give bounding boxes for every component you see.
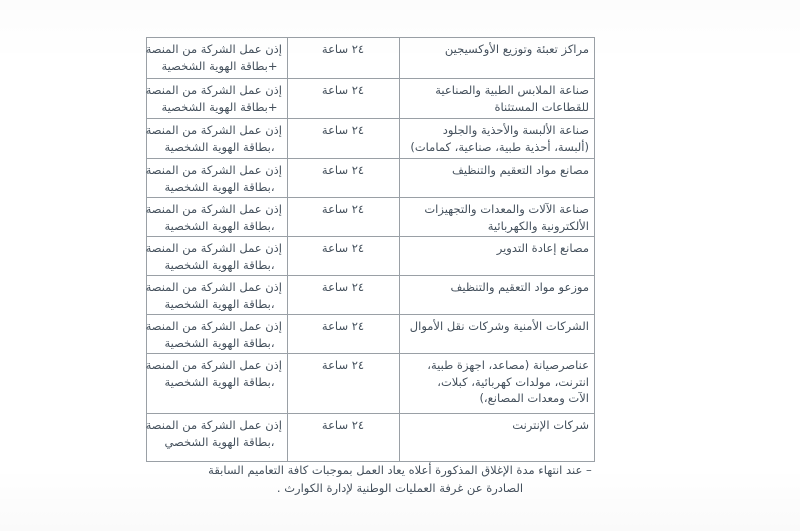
footnote: – عند انتهاء مدة الإغلاق المذكورة أعلاه … [180, 461, 620, 497]
permit-cell: إذن عمل الشركة من المنصة،بطاقة الهوية ال… [147, 159, 288, 198]
table-row: موزعو مواد التعقيم والتنظيف٢٤ ساعةإذن عم… [147, 276, 595, 315]
permit-line: إذن عمل الشركة من المنصة [151, 417, 282, 434]
footnote-line-1: – عند انتهاء مدة الإغلاق المذكورة أعلاه … [180, 461, 620, 479]
permit-line: إذن عمل الشركة من المنصة [151, 162, 282, 179]
table-row: صناعة الملابس الطبية والصناعيةللقطاعات ا… [147, 79, 595, 119]
permit-line: ،بطاقة الهوية الشخصية [151, 296, 282, 313]
permit-cell: إذن عمل الشركة من المنصة+بطاقة الهوية ال… [147, 38, 288, 79]
permit-line: إذن عمل الشركة من المنصة [151, 240, 282, 257]
hours-cell: ٢٤ ساعة [288, 315, 400, 354]
activity-line: شركات الإنترنت [404, 417, 589, 434]
permit-line: إذن عمل الشركة من المنصة [151, 82, 282, 99]
permit-line: ،بطاقة الهوية الشخصية [151, 335, 282, 352]
closure-table-body: مراكز تعبئة وتوزيع الأوكسيجين٢٤ ساعةإذن … [147, 38, 595, 462]
permit-line: ،بطاقة الهوية الشخصية [151, 218, 282, 235]
table-row: صناعة الآلات والمعدات والتجهيزاتالألكترو… [147, 198, 595, 237]
hours-cell: ٢٤ ساعة [288, 79, 400, 119]
hours-cell: ٢٤ ساعة [288, 159, 400, 198]
hours-cell: ٢٤ ساعة [288, 414, 400, 462]
permit-line: ،بطاقة الهوية الشخصي [151, 434, 282, 451]
activity-line: مصانع إعادة التدوير [404, 240, 589, 257]
hours-cell: ٢٤ ساعة [288, 198, 400, 237]
activity-cell: صناعة الألبسة والأحذية والجلود(ألبسة، أح… [400, 119, 595, 159]
permit-line: إذن عمل الشركة من المنصة [151, 357, 282, 374]
permit-line: إذن عمل الشركة من المنصة [151, 279, 282, 296]
activity-line: الشركات الأمنية وشركات نقل الأموال [404, 318, 589, 335]
permit-line: إذن عمل الشركة من المنصة [151, 41, 282, 58]
footnote-line-2: الصادرة عن غرفة العمليات الوطنية لإدارة … [180, 479, 620, 497]
activity-line: الألكترونية والكهربائية [404, 218, 589, 235]
permit-line: +بطاقة الهوية الشخصية [151, 99, 282, 116]
activity-line: مصانع مواد التعقيم والتنظيف [404, 162, 589, 179]
activity-line: الآت ومعدات المصانع،) [404, 390, 589, 407]
scanned-document-page: مراكز تعبئة وتوزيع الأوكسيجين٢٤ ساعةإذن … [0, 0, 800, 531]
table-row: الشركات الأمنية وشركات نقل الأموال٢٤ ساع… [147, 315, 595, 354]
hours-cell: ٢٤ ساعة [288, 38, 400, 79]
table-row: عناصرصيانة (مصاعد، اجهزة طبية،انترنت، مو… [147, 354, 595, 414]
table-row: مصانع إعادة التدوير٢٤ ساعةإذن عمل الشركة… [147, 237, 595, 276]
activity-line: صناعة الألبسة والأحذية والجلود [404, 122, 589, 139]
activity-cell: عناصرصيانة (مصاعد، اجهزة طبية،انترنت، مو… [400, 354, 595, 414]
activity-line: مراكز تعبئة وتوزيع الأوكسيجين [404, 41, 589, 58]
hours-cell: ٢٤ ساعة [288, 119, 400, 159]
hours-cell: ٢٤ ساعة [288, 354, 400, 414]
activity-cell: صناعة الملابس الطبية والصناعيةللقطاعات ا… [400, 79, 595, 119]
activity-cell: مراكز تعبئة وتوزيع الأوكسيجين [400, 38, 595, 79]
activity-line: صناعة الملابس الطبية والصناعية [404, 82, 589, 99]
permit-cell: إذن عمل الشركة من المنصة+بطاقة الهوية ال… [147, 79, 288, 119]
activity-line: (ألبسة، أحذية طبية، صناعية، كمامات) [404, 139, 589, 156]
permit-line: ،بطاقة الهوية الشخصية [151, 257, 282, 274]
permit-cell: إذن عمل الشركة من المنصة،بطاقة الهوية ال… [147, 354, 288, 414]
table-row: شركات الإنترنت٢٤ ساعةإذن عمل الشركة من ا… [147, 414, 595, 462]
activity-cell: صناعة الآلات والمعدات والتجهيزاتالألكترو… [400, 198, 595, 237]
table-row: صناعة الألبسة والأحذية والجلود(ألبسة، أح… [147, 119, 595, 159]
permit-line: إذن عمل الشركة من المنصة [151, 201, 282, 218]
permit-cell: إذن عمل الشركة من المنصة،بطاقة الهوية ال… [147, 119, 288, 159]
permit-cell: إذن عمل الشركة من المنصة،بطاقة الهوية ال… [147, 276, 288, 315]
permit-line: إذن عمل الشركة من المنصة [151, 122, 282, 139]
permit-line: ،بطاقة الهوية الشخصية [151, 374, 282, 391]
permit-line: ،بطاقة الهوية الشخصية [151, 139, 282, 156]
table-row: مراكز تعبئة وتوزيع الأوكسيجين٢٤ ساعةإذن … [147, 38, 595, 79]
permit-cell: إذن عمل الشركة من المنصة،بطاقة الهوية ال… [147, 237, 288, 276]
activity-cell: مصانع مواد التعقيم والتنظيف [400, 159, 595, 198]
permit-line: إذن عمل الشركة من المنصة [151, 318, 282, 335]
closure-activities-table: مراكز تعبئة وتوزيع الأوكسيجين٢٤ ساعةإذن … [146, 37, 595, 462]
activity-line: للقطاعات المستثناة [404, 99, 589, 116]
permit-cell: إذن عمل الشركة من المنصة،بطاقة الهوية ال… [147, 315, 288, 354]
hours-cell: ٢٤ ساعة [288, 237, 400, 276]
activity-line: صناعة الآلات والمعدات والتجهيزات [404, 201, 589, 218]
permit-cell: إذن عمل الشركة من المنصة،بطاقة الهوية ال… [147, 198, 288, 237]
activity-cell: الشركات الأمنية وشركات نقل الأموال [400, 315, 595, 354]
permit-line: +بطاقة الهوية الشخصية [151, 58, 282, 75]
activity-line: انترنت، مولدات كهربائية، كبلات، [404, 374, 589, 391]
activity-cell: مصانع إعادة التدوير [400, 237, 595, 276]
activity-cell: موزعو مواد التعقيم والتنظيف [400, 276, 595, 315]
permit-cell: إذن عمل الشركة من المنصة،بطاقة الهوية ال… [147, 414, 288, 462]
activity-line: عناصرصيانة (مصاعد، اجهزة طبية، [404, 357, 589, 374]
hours-cell: ٢٤ ساعة [288, 276, 400, 315]
permit-line: ،بطاقة الهوية الشخصية [151, 179, 282, 196]
table-row: مصانع مواد التعقيم والتنظيف٢٤ ساعةإذن عم… [147, 159, 595, 198]
activity-cell: شركات الإنترنت [400, 414, 595, 462]
activity-line: موزعو مواد التعقيم والتنظيف [404, 279, 589, 296]
